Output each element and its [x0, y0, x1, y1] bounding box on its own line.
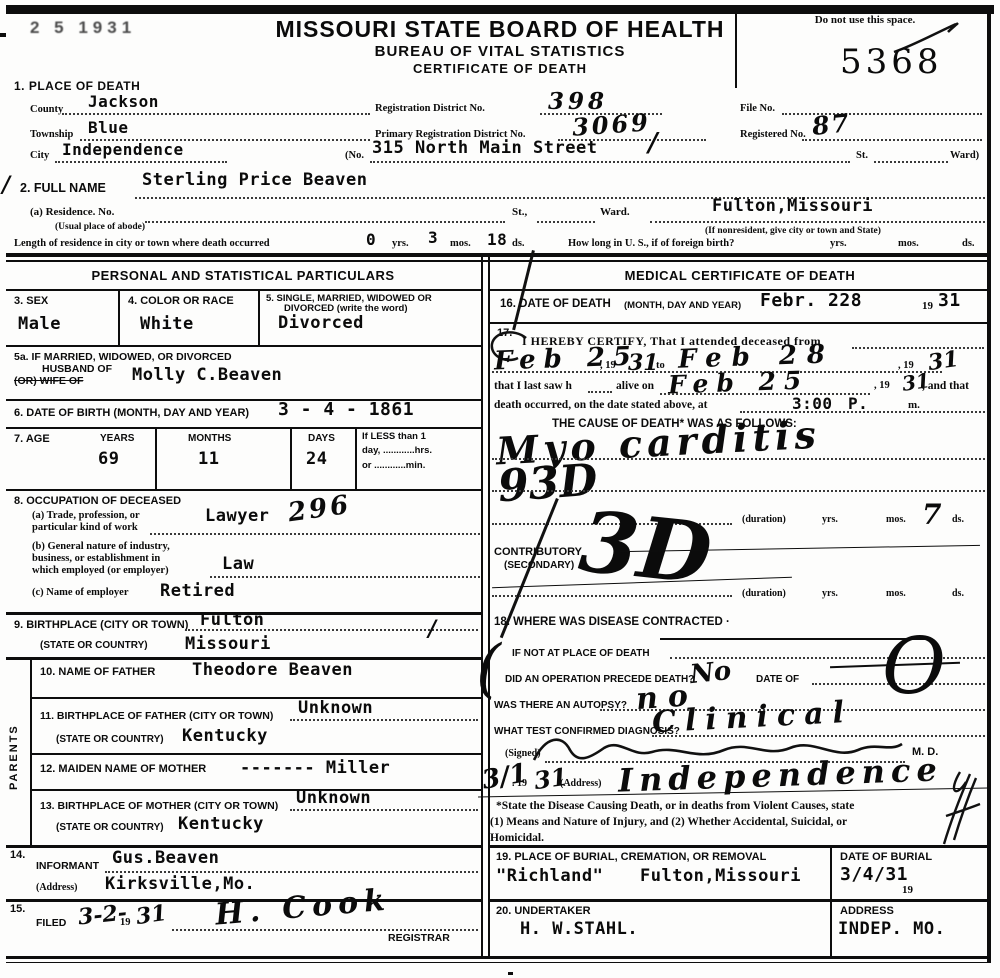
death-time-value: 3:00: [792, 394, 833, 413]
dotted-line: [290, 718, 478, 721]
footnote-line-3: Homicidal.: [490, 832, 544, 844]
item-15-number: 15.: [10, 903, 25, 915]
ds-label: ds.: [512, 238, 525, 249]
burial-year-print: 19: [902, 884, 913, 896]
sex-value: Male: [18, 314, 61, 334]
mother-name-label: 12. MAIDEN NAME OF MOTHER: [40, 763, 206, 775]
mother-birthplace-city: Unknown: [296, 788, 371, 808]
dotted-line: [852, 346, 984, 349]
alive-on-label: alive on: [616, 380, 654, 392]
occupation-b-label-3: which employed (or employer): [32, 565, 169, 576]
death-time-pm: P.: [848, 394, 868, 413]
rule-line: [6, 289, 481, 291]
duration2-mos-label: mos.: [886, 588, 906, 599]
burial-place-value: "Richland": [496, 866, 603, 886]
duration2-ds-label: ds.: [952, 588, 964, 599]
section-divider-2: [6, 260, 990, 262]
residence-st-label: St.,: [512, 206, 527, 218]
mother-birthplace-state: Kentucky: [178, 814, 264, 834]
secondary-label: (SECONDARY): [504, 560, 574, 571]
dotted-line: [145, 220, 505, 223]
place-of-death-heading: 1. PLACE OF DEATH: [14, 79, 140, 93]
us-yrs-label: yrs.: [830, 238, 847, 249]
center-divider: [481, 253, 483, 956]
medical-column-heading: MEDICAL CERTIFICATE OF DEATH: [495, 268, 985, 283]
employer-value: Retired: [160, 581, 235, 601]
rule-line: [30, 789, 481, 791]
rule-line: [30, 697, 481, 699]
bottom-border: [6, 956, 990, 959]
township-value: Blue: [88, 118, 129, 137]
duration2-label: (duration): [742, 588, 786, 599]
county-value: Jackson: [88, 92, 159, 111]
certificate-number: 5368: [840, 42, 943, 82]
rule-line: [30, 753, 481, 755]
duration-label: (duration): [742, 514, 786, 525]
mother-name-value: ------- Miller: [240, 758, 390, 778]
dotted-line: [537, 220, 595, 223]
informant-address-label: (Address): [36, 882, 77, 893]
occupation-code: 296: [286, 490, 353, 529]
circled-mark: O: [882, 622, 946, 712]
residence-label: (a) Residence. No.: [30, 206, 114, 218]
length-of-residence-label: Length of residence in city or town wher…: [14, 238, 270, 249]
dotted-line: [210, 575, 480, 578]
disease-contracted-label: 18. WHERE WAS DISEASE CONTRACTED ·: [494, 616, 730, 628]
dotted-line: [874, 160, 948, 163]
header-divider: [735, 8, 737, 88]
st-label: St.: [856, 150, 868, 161]
edge-mark: [0, 33, 6, 37]
handwritten-slash: /: [428, 616, 436, 642]
residence-mos-value: 3: [428, 228, 438, 247]
rule-line: [490, 289, 990, 291]
residence-yrs-value: 0: [366, 230, 376, 249]
mother-birthplace-label: 13. BIRTHPLACE OF MOTHER (CITY OR TOWN): [40, 800, 278, 812]
personal-column-heading: PERSONAL AND STATISTICAL PARTICULARS: [8, 268, 478, 283]
if-less-note-2: day, ............hrs.: [362, 445, 432, 456]
city-label: City: [30, 150, 49, 161]
received-stamp: 2 5 1931: [30, 18, 136, 38]
bottom-border-2: [6, 962, 990, 963]
board-title: MISSOURI STATE BOARD OF HEALTH: [270, 16, 730, 43]
registered-no-value: 87: [811, 108, 853, 141]
birthplace-state-value: Missouri: [185, 634, 271, 654]
filed-label: FILED: [36, 917, 66, 929]
dotted-line: [370, 160, 850, 163]
mother-state-label: (STATE OR COUNTRY): [56, 822, 164, 833]
duration-days-value: 7: [922, 498, 941, 531]
how-long-us-label: How long in U. S., if of foreign birth?: [568, 238, 734, 249]
registered-no-label: Registered No.: [740, 129, 806, 140]
years-value: 69: [98, 449, 119, 469]
residence-ds-value: 18: [487, 230, 507, 249]
dotted-line: [150, 532, 480, 535]
rule-line: [6, 427, 481, 429]
informant-address-value: Kirksville,Mo.: [105, 874, 255, 894]
city-value: Independence: [62, 140, 184, 159]
color-race-label: 4. COLOR OR RACE: [128, 295, 234, 307]
dotted-line: [492, 594, 732, 597]
street-value: 315 North Main Street: [372, 138, 597, 158]
full-name-value: Sterling Price Beaven: [142, 170, 367, 190]
right-border: [987, 5, 991, 963]
dotted-line: [105, 870, 478, 873]
margin-mark: /: [2, 172, 10, 198]
undertaker-label: 20. UNDERTAKER: [496, 905, 591, 917]
sex-label: 3. SEX: [14, 295, 48, 307]
dod-year-value: 31: [938, 290, 961, 311]
dotted-line: [290, 808, 478, 811]
rule-line: [6, 489, 481, 491]
if-less-note-3: or ............min.: [362, 460, 425, 471]
age-label: 7. AGE: [14, 433, 50, 445]
mos-label: mos.: [450, 238, 471, 249]
handwritten-brace: (: [476, 632, 501, 706]
occupation-b-label-1: (b) General nature of industry,: [32, 541, 170, 552]
dotted-line: [55, 160, 227, 163]
occupation-b-value: Law: [222, 554, 254, 574]
married-widowed-label: 5a. IF MARRIED, WIDOWED, OR DIVORCED: [14, 351, 232, 363]
color-race-value: White: [140, 314, 194, 334]
us-ds-label: ds.: [962, 238, 975, 249]
burial-date-label: DATE OF BURIAL: [840, 851, 932, 863]
and-that-label: , and that: [922, 380, 969, 392]
nonresident-note: (If nonresident, give city or town and S…: [705, 226, 881, 236]
rule-line: [490, 899, 990, 902]
father-state-label: (STATE OR COUNTRY): [56, 734, 164, 745]
occupation-a-label-2: particular kind of work: [32, 522, 138, 533]
days-label: DAYS: [308, 433, 335, 444]
cell-divider: [290, 427, 292, 489]
months-value: 11: [198, 449, 219, 469]
sign-date-value: 3/1: [480, 758, 530, 795]
date-of-death-value: Febr. 228: [760, 290, 862, 311]
marital-value: Divorced: [278, 313, 364, 333]
full-name-label: 2. FULL NAME: [20, 181, 106, 195]
last-year-print: , 19: [874, 380, 890, 391]
undertaker-address-label: ADDRESS: [840, 905, 894, 917]
street-no-label: (No.: [345, 150, 364, 161]
undertaker-address-value: INDEP. MO.: [838, 919, 945, 939]
abode-note: (Usual place of abode): [55, 222, 145, 232]
bottom-dot: [508, 972, 513, 975]
duration-ds-label: ds.: [952, 514, 964, 525]
father-birthplace-city: Unknown: [298, 698, 373, 718]
residence-ward-label: Ward.: [600, 206, 630, 218]
occupation-a-label-1: (a) Trade, profession, or: [32, 510, 140, 521]
township-label: Township: [30, 129, 73, 140]
rule-line: [490, 845, 990, 848]
county-label: County: [30, 104, 63, 115]
us-mos-label: mos.: [898, 238, 919, 249]
years-label: YEARS: [100, 433, 134, 444]
occupation-a-value: Lawyer: [205, 506, 269, 526]
sign-year-print: . 19: [512, 778, 527, 789]
occupation-label: 8. OCCUPATION OF DECEASED: [14, 495, 181, 507]
father-name-value: Theodore Beaven: [192, 660, 353, 680]
top-border: [6, 5, 994, 14]
file-no-label: File No.: [740, 103, 775, 114]
husband-of-label: HUSBAND OF: [42, 363, 112, 375]
footnote-line-1: *State the Disease Causing Death, or in …: [496, 800, 854, 812]
parents-vertical-label: PARENTS: [8, 724, 20, 790]
registrar-label: REGISTRAR: [388, 932, 450, 944]
dob-value: 3 - 4 - 1861: [278, 399, 414, 420]
birthplace-state-label: (STATE OR COUNTRY): [40, 640, 148, 651]
duration2-yrs-label: yrs.: [822, 588, 838, 599]
wife-of-label: (OR) WIFE OF: [14, 375, 83, 387]
dotted-line: [650, 220, 985, 223]
dotted-line: [492, 489, 985, 492]
undertaker-value: H. W.STAHL.: [520, 919, 638, 939]
duration-mos-label: mos.: [886, 514, 906, 525]
rule-line: [490, 322, 990, 324]
footnote-line-2: (1) Means and Nature of Injury, and (2) …: [490, 816, 847, 828]
dotted-line: [62, 112, 370, 115]
filed-year-value: 31: [134, 900, 168, 930]
sign-address-label: (Address): [560, 778, 601, 789]
cell-divider: [155, 427, 157, 489]
dotted-line: [660, 392, 870, 395]
days-value: 24: [306, 449, 327, 469]
margin-scribble: [930, 768, 986, 848]
ward-label: Ward): [950, 150, 979, 161]
informant-value: Gus.Beaven: [112, 848, 219, 868]
if-less-note-1: If LESS than 1: [362, 431, 426, 442]
bureau-subtitle: BUREAU OF VITAL STATISTICS: [270, 43, 730, 60]
father-name-label: 10. NAME OF FATHER: [40, 666, 155, 678]
parents-box-divider: [30, 657, 32, 845]
date-of-death-sub: (MONTH, DAY AND YEAR): [624, 300, 741, 311]
months-label: MONTHS: [188, 433, 231, 444]
contributory-label: CONTRIBUTORY: [494, 546, 582, 558]
death-occurred-label: death occurred, on the date stated above…: [494, 399, 707, 411]
burial-label: 19. PLACE OF BURIAL, CREMATION, OR REMOV…: [496, 851, 766, 863]
occupation-b-label-2: business, or establishment in: [32, 553, 160, 564]
m-label: m.: [908, 399, 920, 411]
date-of-label: DATE OF: [756, 674, 799, 685]
birthplace-label: 9. BIRTHPLACE (CITY OR TOWN): [14, 619, 188, 631]
dotted-line: [802, 138, 982, 141]
duration-yrs-label: yrs.: [822, 514, 838, 525]
last-saw-label: that I last saw h: [494, 380, 572, 392]
certificate-subtitle: CERTIFICATE OF DEATH: [270, 61, 730, 76]
birthplace-city-value: Fulton: [200, 610, 264, 630]
employer-label: (c) Name of employer: [32, 587, 129, 598]
cell-divider: [355, 427, 357, 489]
father-birthplace-label: 11. BIRTHPLACE OF FATHER (CITY OR TOWN): [40, 710, 273, 722]
if-not-at-place-label: IF NOT AT PLACE OF DEATH: [512, 648, 650, 659]
rule-line: [6, 845, 481, 848]
burial-city-value: Fulton,Missouri: [640, 866, 801, 886]
dotted-line: [588, 390, 612, 393]
yrs-label: yrs.: [392, 238, 409, 249]
residence-value: Fulton,Missouri: [712, 196, 873, 216]
item-14-number: 14.: [10, 849, 25, 861]
registration-district-label: Registration District No.: [375, 103, 485, 114]
section-divider: [6, 253, 990, 257]
father-birthplace-state: Kentucky: [182, 726, 268, 746]
rule-line: [6, 345, 481, 347]
cell-divider: [118, 289, 120, 345]
spouse-value: Molly C.Beaven: [132, 365, 282, 385]
death-certificate: 2 5 1931 MISSOURI STATE BOARD OF HEALTH …: [0, 0, 1000, 978]
informant-label: INFORMANT: [36, 860, 99, 872]
contributory-scrawl: 3D: [575, 491, 716, 603]
handwritten-slash: /: [648, 128, 658, 158]
date-of-death-label: 16. DATE OF DEATH: [500, 298, 611, 310]
dob-label: 6. DATE OF BIRTH (MONTH, DAY AND YEAR): [14, 407, 249, 419]
primary-district-value: 3069: [571, 107, 652, 141]
cell-divider: [258, 289, 260, 345]
filed-year-print: 19: [120, 917, 131, 928]
dod-year-print: 19: [922, 300, 933, 312]
burial-date-value: 3/4/31: [840, 864, 908, 885]
